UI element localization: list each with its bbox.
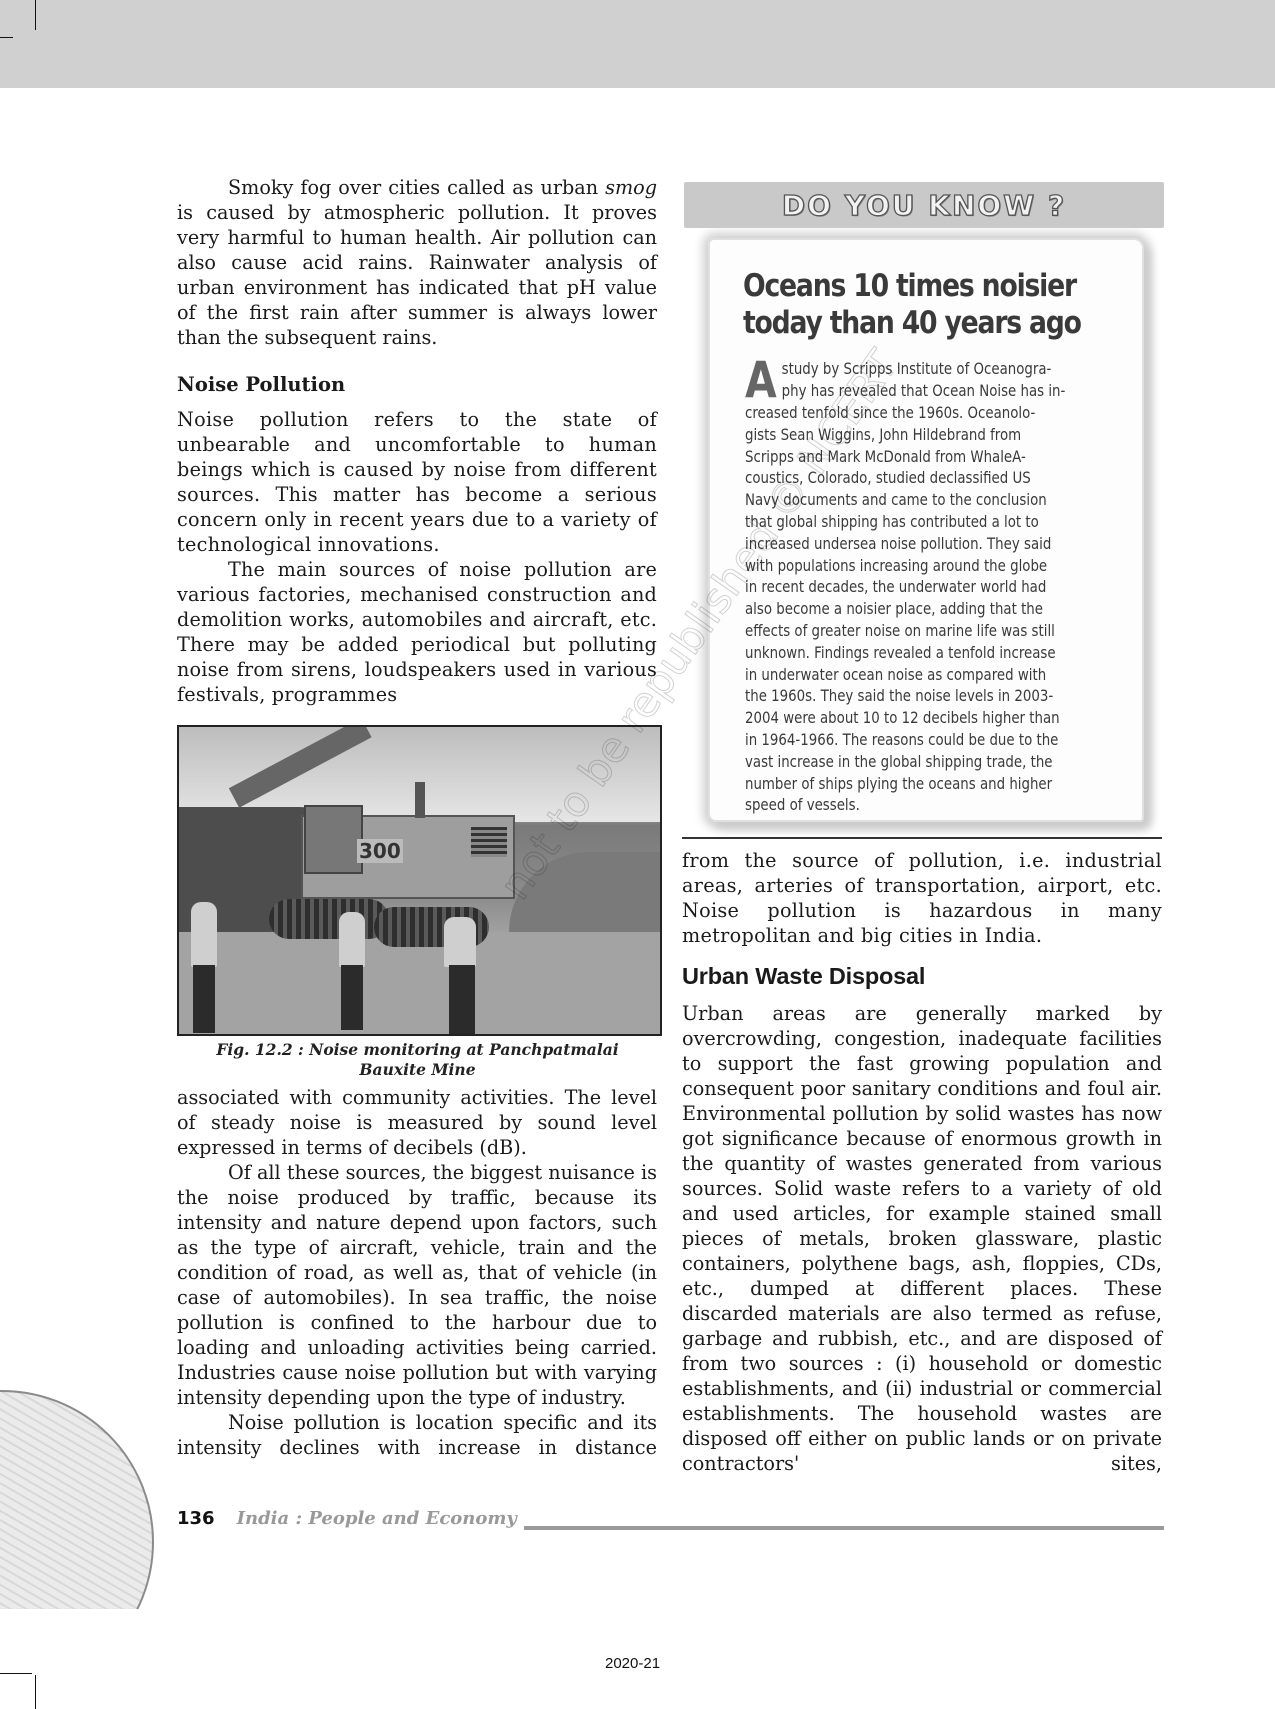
do-you-know-title: DO YOU KNOW ? xyxy=(782,189,1066,222)
clipping-line: vast increase in the global shipping tra… xyxy=(745,751,1130,773)
clipping-line: in recent decades, the underwater world … xyxy=(745,576,1130,598)
traffic-noise-paragraph: Of all these sources, the biggest nuisan… xyxy=(177,1160,657,1410)
clipping-line: unknown. Findings revealed a tenfold inc… xyxy=(745,642,1130,664)
clipping-line: in underwater ocean noise as compared wi… xyxy=(745,664,1130,686)
noise-sources-continued: associated with community activities. Th… xyxy=(177,1085,657,1160)
figure-caption-line1: Fig. 12.2 : Noise monitoring at Panchpat… xyxy=(177,1040,658,1060)
figure-caption-line2: Bauxite Mine xyxy=(177,1060,658,1080)
page-footer: 136 India : People and Economy xyxy=(177,1508,517,1529)
right-column: from the source of pollution, i.e. indus… xyxy=(682,848,1162,1476)
clipping-line: in 1964-1966. The reasons could be due t… xyxy=(745,729,1130,751)
clipping-line: effects of greater noise on marine life … xyxy=(745,620,1130,642)
crop-mark-top-vertical xyxy=(35,0,36,30)
clipping-line: speed of vessels. xyxy=(745,794,1130,816)
clipping-line: phy has revealed that Ocean Noise has in… xyxy=(745,380,1130,402)
noise-pollution-heading: Noise Pollution xyxy=(177,372,657,397)
urban-waste-paragraph: Urban areas are generally marked by over… xyxy=(682,1001,1162,1476)
crop-mark-bottom-vertical xyxy=(35,1675,36,1709)
crop-mark-top-horizontal xyxy=(0,37,13,38)
left-column-top: Smoky fog over cities called as urban sm… xyxy=(177,175,657,707)
noise-sources-paragraph: The main sources of noise pollution are … xyxy=(177,557,657,707)
clipping-line: 2004 were about 10 to 12 decibels higher… xyxy=(745,707,1130,729)
noise-definition-paragraph: Noise pollution refers to the state of u… xyxy=(177,407,657,557)
clipping-line: number of ships plying the oceans and hi… xyxy=(745,773,1130,795)
footer-rule xyxy=(524,1526,1164,1530)
figure-caption: Fig. 12.2 : Noise monitoring at Panchpat… xyxy=(177,1040,658,1080)
clipping-line: increased undersea noise pollution. They… xyxy=(745,533,1130,555)
globe-decoration-icon xyxy=(0,1390,154,1694)
clipping-body: A study by Scripps Institute of Oceanogr… xyxy=(745,358,1130,816)
edition-year: 2020-21 xyxy=(605,1655,660,1672)
clipping-line: creased tenfold since the 1960s. Oceanol… xyxy=(745,402,1130,424)
smog-paragraph: Smoky fog over cities called as urban sm… xyxy=(177,175,657,350)
machine-number-label: 300 xyxy=(357,839,403,863)
scan-top-band xyxy=(0,0,1275,88)
do-you-know-banner: DO YOU KNOW ? xyxy=(684,182,1164,228)
clipping-dropcap: A xyxy=(745,360,777,402)
clipping-headline: Oceans 10 times noisier today than 40 ye… xyxy=(743,268,1087,342)
location-specific-paragraph: Noise pollution is location specific and… xyxy=(177,1410,657,1460)
book-title: India : People and Economy xyxy=(237,1508,517,1529)
clipping-line: study by Scripps Institute of Oceanogra- xyxy=(745,358,1130,380)
noise-location-continued: from the source of pollution, i.e. indus… xyxy=(682,848,1162,948)
crop-mark-bottom-horizontal xyxy=(0,1673,32,1674)
clipping-line: the 1960s. They said the noise levels in… xyxy=(745,685,1130,707)
page-number: 136 xyxy=(177,1508,215,1529)
clipping-line: also become a noisier place, adding that… xyxy=(745,598,1130,620)
urban-waste-heading: Urban Waste Disposal xyxy=(682,964,1162,989)
left-column-bottom: associated with community activities. Th… xyxy=(177,1085,657,1460)
box-divider-rule xyxy=(682,837,1162,839)
clipping-headline-line2: today than 40 years ago xyxy=(743,305,1087,342)
clipping-headline-line1: Oceans 10 times noisier xyxy=(743,268,1087,305)
clipping-line: with populations increasing around the g… xyxy=(745,555,1130,577)
